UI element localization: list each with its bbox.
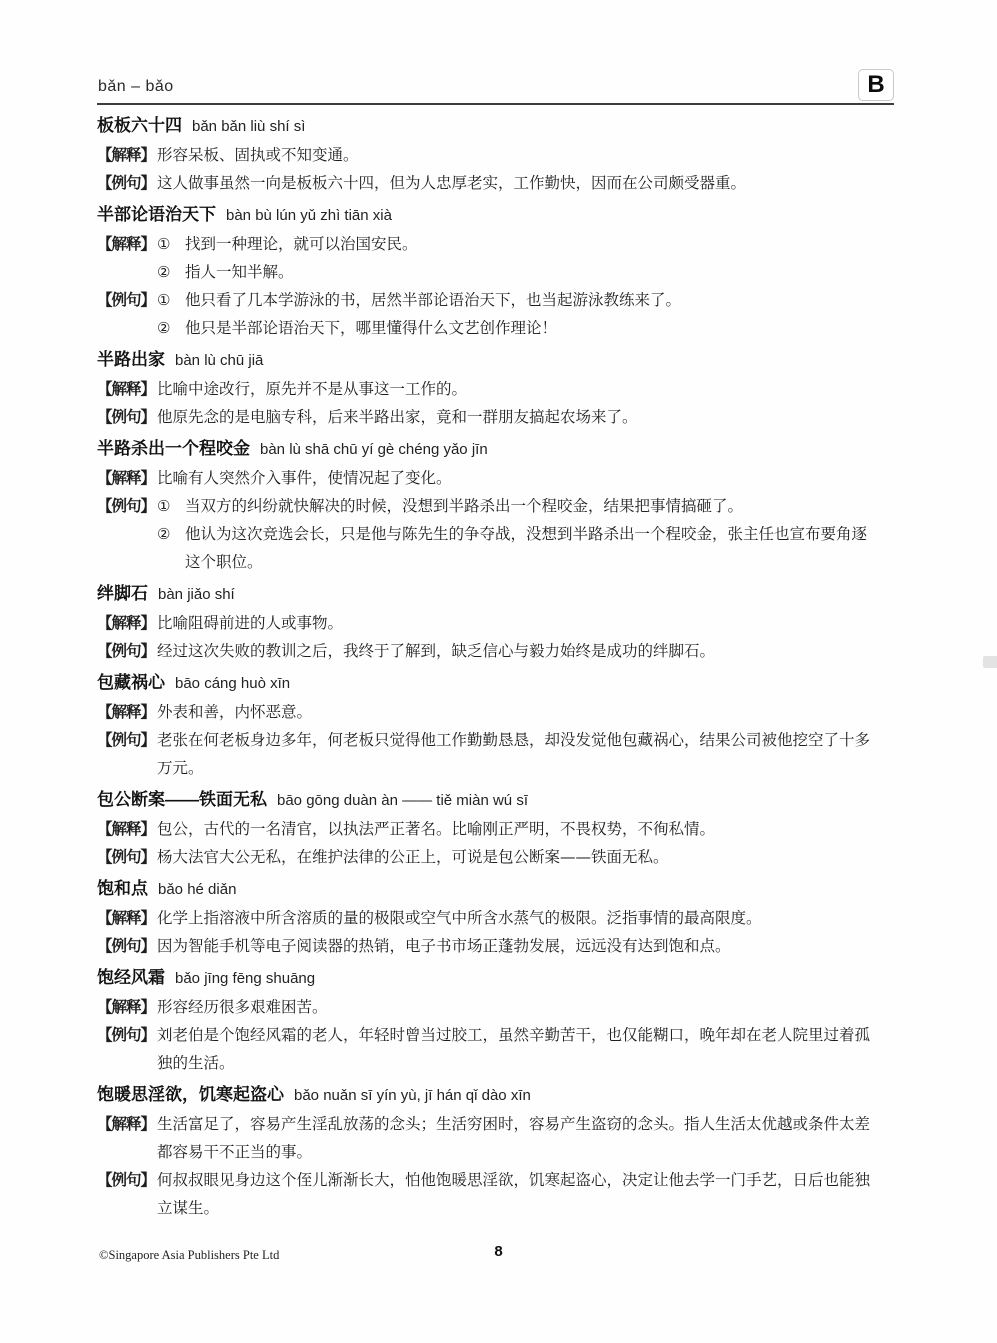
footer-page-number: 8: [0, 1243, 997, 1260]
entry-head: 板板六十四bǎn bǎn liù shí sì: [97, 112, 872, 141]
explanation-row-text: 外表和善，内怀恶意。: [157, 698, 872, 726]
example-row-label: 【例句】: [97, 726, 157, 754]
entries-list: 板板六十四bǎn bǎn liù shí sì【解释】形容呆板、固执或不知变通。…: [97, 112, 872, 1226]
explanation-row-content: 包公，古代的一名清官，以执法严正著名。比喻刚正严明，不畏权势，不徇私情。: [157, 815, 872, 843]
explanation-row-text: 形容经历很多艰难困苦。: [157, 993, 872, 1021]
entry: 半部论语治天下bàn bù lún yǔ zhì tiān xià【解释】①找到…: [97, 201, 872, 342]
example-row-text: 他认为这次竞选会长，只是他与陈先生的争夺战，没想到半路杀出一个程咬金，张主任也宣…: [185, 520, 872, 576]
section-letter-badge: B: [858, 69, 894, 101]
explanation-row-content: 比喻中途改行，原先并不是从事这一工作的。: [157, 375, 872, 403]
explanation-row: 【解释】外表和善，内怀恶意。: [97, 698, 872, 726]
example-row-text: 因为智能手机等电子阅读器的热销，电子书市场正蓬勃发展，远远没有达到饱和点。: [157, 932, 872, 960]
entry-head: 半部论语治天下bàn bù lún yǔ zhì tiān xià: [97, 201, 872, 230]
entry-headword: 绊脚石: [97, 584, 148, 603]
explanation-row-label: 【解释】: [97, 230, 157, 258]
example-row-content: 这人做事虽然一向是板板六十四，但为人忠厚老实，工作勤快，因而在公司颇受器重。: [157, 169, 872, 197]
dictionary-page: bǎn – bǎo B 板板六十四bǎn bǎn liù shí sì【解释】形…: [0, 0, 997, 1343]
explanation-row-label: 【解释】: [97, 1110, 157, 1138]
entry-headword: 包藏祸心: [97, 673, 165, 692]
example-row: 【例句】①当双方的纠纷就快解决的时候，没想到半路杀出一个程咬金，结果把事情搞砸了…: [97, 492, 872, 576]
example-row-content: 刘老伯是个饱经风霜的老人，年轻时曾当过胶工，虽然辛勤苦干，也仅能糊口，晚年却在老…: [157, 1021, 872, 1077]
explanation-row-text: 形容呆板、固执或不知变通。: [157, 141, 872, 169]
example-row: 【例句】刘老伯是个饱经风霜的老人，年轻时曾当过胶工，虽然辛勤苦干，也仅能糊口，晚…: [97, 1021, 872, 1077]
example-row-content: 何叔叔眼见身边这个侄儿渐渐长大，怕他饱暖思淫欲，饥寒起盗心，决定让他去学一门手艺…: [157, 1166, 872, 1222]
explanation-row-label: 【解释】: [97, 375, 157, 403]
explanation-row: 【解释】①找到一种理论，就可以治国安民。②指人一知半解。: [97, 230, 872, 286]
example-row-text: 当双方的纠纷就快解决的时候，没想到半路杀出一个程咬金，结果把事情搞砸了。: [185, 492, 872, 520]
example-row-text: 杨大法官大公无私，在维护法律的公正上，可说是包公断案——铁面无私。: [157, 843, 872, 871]
entry-head: 饱和点bǎo hé diǎn: [97, 875, 872, 904]
example-row: 【例句】何叔叔眼见身边这个侄儿渐渐长大，怕他饱暖思淫欲，饥寒起盗心，决定让他去学…: [97, 1166, 872, 1222]
example-row-item: ①他只看了几本学游泳的书，居然半部论语治天下，也当起游泳教练来了。: [157, 286, 872, 314]
explanation-row-content: 形容呆板、固执或不知变通。: [157, 141, 872, 169]
example-row: 【例句】这人做事虽然一向是板板六十四，但为人忠厚老实，工作勤快，因而在公司颇受器…: [97, 169, 872, 197]
circled-number-marker: ②: [157, 520, 185, 548]
example-row-text: 这人做事虽然一向是板板六十四，但为人忠厚老实，工作勤快，因而在公司颇受器重。: [157, 169, 872, 197]
circled-number-marker: ①: [157, 492, 185, 520]
entry-pinyin: bàn lù chū jiā: [175, 352, 263, 369]
example-row-item: ①当双方的纠纷就快解决的时候，没想到半路杀出一个程咬金，结果把事情搞砸了。: [157, 492, 872, 520]
entry: 饱和点bǎo hé diǎn【解释】化学上指溶液中所含溶质的量的极限或空气中所含…: [97, 875, 872, 960]
example-row-content: ①他只看了几本学游泳的书，居然半部论语治天下，也当起游泳教练来了。②他只是半部论…: [157, 286, 872, 342]
entry-pinyin: bàn lù shā chū yí gè chéng yǎo jīn: [260, 441, 488, 458]
example-row-label: 【例句】: [97, 169, 157, 197]
explanation-row-label: 【解释】: [97, 609, 157, 637]
entry-pinyin: bǎo hé diǎn: [158, 881, 236, 898]
entry-headword: 饱暖思淫欲，饥寒起盗心: [97, 1085, 284, 1104]
entry-pinyin: bǎo jīng fēng shuāng: [175, 970, 315, 987]
explanation-row-label: 【解释】: [97, 464, 157, 492]
explanation-row-label: 【解释】: [97, 815, 157, 843]
example-row-text: 他只看了几本学游泳的书，居然半部论语治天下，也当起游泳教练来了。: [185, 286, 872, 314]
entry-pinyin: bāo gōng duàn àn —— tiě miàn wú sī: [277, 792, 528, 809]
example-row-text: 他原先念的是电脑专科，后来半路出家，竟和一群朋友搞起农场来了。: [157, 403, 872, 431]
entry: 板板六十四bǎn bǎn liù shí sì【解释】形容呆板、固执或不知变通。…: [97, 112, 872, 197]
entry: 包公断案——铁面无私bāo gōng duàn àn —— tiě miàn w…: [97, 786, 872, 871]
explanation-row-label: 【解释】: [97, 141, 157, 169]
entry-headword: 饱经风霜: [97, 968, 165, 987]
page-header: bǎn – bǎo B: [97, 62, 894, 105]
example-row: 【例句】他原先念的是电脑专科，后来半路出家，竟和一群朋友搞起农场来了。: [97, 403, 872, 431]
entry-pinyin: bǎn bǎn liù shí sì: [192, 118, 305, 135]
explanation-row: 【解释】形容呆板、固执或不知变通。: [97, 141, 872, 169]
explanation-row-text: 比喻中途改行，原先并不是从事这一工作的。: [157, 375, 872, 403]
circled-number-marker: ②: [157, 314, 185, 342]
explanation-row: 【解释】比喻中途改行，原先并不是从事这一工作的。: [97, 375, 872, 403]
circled-number-marker: ②: [157, 258, 185, 286]
example-row-text: 何叔叔眼见身边这个侄儿渐渐长大，怕他饱暖思淫欲，饥寒起盗心，决定让他去学一门手艺…: [157, 1166, 872, 1222]
entry-head: 饱暖思淫欲，饥寒起盗心bǎo nuǎn sī yín yù, jī hán qǐ…: [97, 1081, 872, 1110]
entry: 饱经风霜bǎo jīng fēng shuāng【解释】形容经历很多艰难困苦。【…: [97, 964, 872, 1077]
circled-number-marker: ①: [157, 230, 185, 258]
entry-head: 饱经风霜bǎo jīng fēng shuāng: [97, 964, 872, 993]
example-row-content: 因为智能手机等电子阅读器的热销，电子书市场正蓬勃发展，远远没有达到饱和点。: [157, 932, 872, 960]
scan-edge-mark: [983, 656, 997, 668]
entry-head: 包藏祸心bāo cáng huò xīn: [97, 669, 872, 698]
entry: 绊脚石bàn jiǎo shí【解释】比喻阻碍前进的人或事物。【例句】经过这次失…: [97, 580, 872, 665]
explanation-row-content: 化学上指溶液中所含溶质的量的极限或空气中所含水蒸气的极限。泛指事情的最高限度。: [157, 904, 872, 932]
example-row: 【例句】①他只看了几本学游泳的书，居然半部论语治天下，也当起游泳教练来了。②他只…: [97, 286, 872, 342]
explanation-row: 【解释】比喻有人突然介入事件，使情况起了变化。: [97, 464, 872, 492]
entry: 半路出家bàn lù chū jiā【解释】比喻中途改行，原先并不是从事这一工作…: [97, 346, 872, 431]
example-row-content: 经过这次失败的教训之后，我终于了解到，缺乏信心与毅力始终是成功的绊脚石。: [157, 637, 872, 665]
example-row-label: 【例句】: [97, 286, 157, 314]
example-row-text: 刘老伯是个饱经风霜的老人，年轻时曾当过胶工，虽然辛勤苦干，也仅能糊口，晚年却在老…: [157, 1021, 872, 1077]
explanation-row-content: 比喻阻碍前进的人或事物。: [157, 609, 872, 637]
explanation-row-text: 指人一知半解。: [185, 258, 872, 286]
example-row-text: 他只是半部论语治天下，哪里懂得什么文艺创作理论！: [185, 314, 872, 342]
circled-number-marker: ①: [157, 286, 185, 314]
explanation-row-text: 找到一种理论，就可以治国安民。: [185, 230, 872, 258]
example-row-content: 老张在何老板身边多年，何老板只觉得他工作勤勤恳恳，却没发觉他包藏祸心，结果公司被…: [157, 726, 872, 782]
entry-head: 绊脚石bàn jiǎo shí: [97, 580, 872, 609]
explanation-row-label: 【解释】: [97, 698, 157, 726]
entry-head: 包公断案——铁面无私bāo gōng duàn àn —— tiě miàn w…: [97, 786, 872, 815]
entry-pinyin: bǎo nuǎn sī yín yù, jī hán qǐ dào xīn: [294, 1087, 531, 1104]
example-row: 【例句】老张在何老板身边多年，何老板只觉得他工作勤勤恳恳，却没发觉他包藏祸心，结…: [97, 726, 872, 782]
explanation-row: 【解释】比喻阻碍前进的人或事物。: [97, 609, 872, 637]
explanation-row: 【解释】形容经历很多艰难困苦。: [97, 993, 872, 1021]
explanation-row-label: 【解释】: [97, 904, 157, 932]
entry-head: 半路杀出一个程咬金bàn lù shā chū yí gè chéng yǎo …: [97, 435, 872, 464]
explanation-row-content: 形容经历很多艰难困苦。: [157, 993, 872, 1021]
entry-headword: 包公断案——铁面无私: [97, 790, 267, 809]
explanation-row-content: ①找到一种理论，就可以治国安民。②指人一知半解。: [157, 230, 872, 286]
entry-head: 半路出家bàn lù chū jiā: [97, 346, 872, 375]
entry-headword: 半路杀出一个程咬金: [97, 439, 250, 458]
header-pinyin-range: bǎn – bǎo: [98, 78, 174, 96]
example-row-label: 【例句】: [97, 1166, 157, 1194]
example-row-label: 【例句】: [97, 1021, 157, 1049]
entry: 饱暖思淫欲，饥寒起盗心bǎo nuǎn sī yín yù, jī hán qǐ…: [97, 1081, 872, 1222]
explanation-row-content: 外表和善，内怀恶意。: [157, 698, 872, 726]
explanation-row-item: ①找到一种理论，就可以治国安民。: [157, 230, 872, 258]
example-row-label: 【例句】: [97, 492, 157, 520]
example-row: 【例句】因为智能手机等电子阅读器的热销，电子书市场正蓬勃发展，远远没有达到饱和点…: [97, 932, 872, 960]
explanation-row: 【解释】包公，古代的一名清官，以执法严正著名。比喻刚正严明，不畏权势，不徇私情。: [97, 815, 872, 843]
example-row-label: 【例句】: [97, 843, 157, 871]
example-row-label: 【例句】: [97, 403, 157, 431]
explanation-row-text: 包公，古代的一名清官，以执法严正著名。比喻刚正严明，不畏权势，不徇私情。: [157, 815, 872, 843]
entry-headword: 板板六十四: [97, 116, 182, 135]
explanation-row-content: 生活富足了，容易产生淫乱放荡的念头；生活穷困时，容易产生盗窃的念头。指人生活太优…: [157, 1110, 872, 1166]
example-row-text: 老张在何老板身边多年，何老板只觉得他工作勤勤恳恳，却没发觉他包藏祸心，结果公司被…: [157, 726, 872, 782]
example-row: 【例句】杨大法官大公无私，在维护法律的公正上，可说是包公断案——铁面无私。: [97, 843, 872, 871]
example-row-item: ②他只是半部论语治天下，哪里懂得什么文艺创作理论！: [157, 314, 872, 342]
example-row-content: 杨大法官大公无私，在维护法律的公正上，可说是包公断案——铁面无私。: [157, 843, 872, 871]
entry-pinyin: bàn jiǎo shí: [158, 586, 235, 603]
entry-headword: 饱和点: [97, 879, 148, 898]
explanation-row-text: 比喻有人突然介入事件，使情况起了变化。: [157, 464, 872, 492]
example-row-content: 他原先念的是电脑专科，后来半路出家，竟和一群朋友搞起农场来了。: [157, 403, 872, 431]
example-row-label: 【例句】: [97, 637, 157, 665]
entry: 半路杀出一个程咬金bàn lù shā chū yí gè chéng yǎo …: [97, 435, 872, 576]
entry-headword: 半部论语治天下: [97, 205, 216, 224]
example-row-item: ②他认为这次竞选会长，只是他与陈先生的争夺战，没想到半路杀出一个程咬金，张主任也…: [157, 520, 872, 576]
entry-pinyin: bàn bù lún yǔ zhì tiān xià: [226, 207, 392, 224]
explanation-row-text: 比喻阻碍前进的人或事物。: [157, 609, 872, 637]
example-row-text: 经过这次失败的教训之后，我终于了解到，缺乏信心与毅力始终是成功的绊脚石。: [157, 637, 872, 665]
entry: 包藏祸心bāo cáng huò xīn【解释】外表和善，内怀恶意。【例句】老张…: [97, 669, 872, 782]
explanation-row-text: 生活富足了，容易产生淫乱放荡的念头；生活穷困时，容易产生盗窃的念头。指人生活太优…: [157, 1110, 872, 1166]
explanation-row: 【解释】生活富足了，容易产生淫乱放荡的念头；生活穷困时，容易产生盗窃的念头。指人…: [97, 1110, 872, 1166]
entry-headword: 半路出家: [97, 350, 165, 369]
explanation-row-item: ②指人一知半解。: [157, 258, 872, 286]
example-row-label: 【例句】: [97, 932, 157, 960]
entry-pinyin: bāo cáng huò xīn: [175, 675, 290, 692]
explanation-row-label: 【解释】: [97, 993, 157, 1021]
example-row-content: ①当双方的纠纷就快解决的时候，没想到半路杀出一个程咬金，结果把事情搞砸了。②他认…: [157, 492, 872, 576]
explanation-row-text: 化学上指溶液中所含溶质的量的极限或空气中所含水蒸气的极限。泛指事情的最高限度。: [157, 904, 872, 932]
example-row: 【例句】经过这次失败的教训之后，我终于了解到，缺乏信心与毅力始终是成功的绊脚石。: [97, 637, 872, 665]
explanation-row-content: 比喻有人突然介入事件，使情况起了变化。: [157, 464, 872, 492]
explanation-row: 【解释】化学上指溶液中所含溶质的量的极限或空气中所含水蒸气的极限。泛指事情的最高…: [97, 904, 872, 932]
